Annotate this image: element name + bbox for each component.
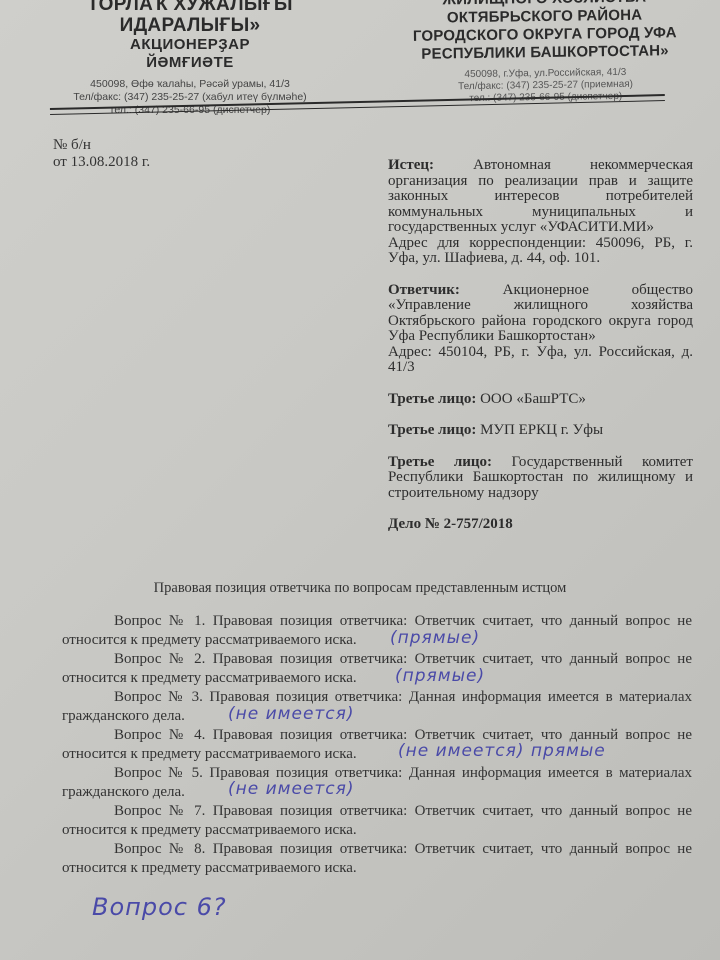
case-number: Дело № 2-757/2018 [388, 517, 693, 533]
third-party-label: Третье лицо: [388, 391, 476, 407]
org-address: 450098, Өфө ҡалаһы, Рәсәй урамы, 41/3 [40, 78, 340, 91]
third-party-name: МУП ЕРКЦ г. Уфы [480, 422, 603, 438]
third-party: Третье лицо: ООО «БашРТС» [388, 392, 693, 408]
handwritten-note-question-6: Вопрос 6? [92, 893, 227, 921]
question-item: Вопрос № 8. Правовая позиция ответчика: … [62, 840, 692, 878]
org-name-line: РЕСПУБЛИКИ БАШКОРТОСТАН» [395, 42, 695, 64]
defendant: Ответчик: Акционерное общество «Управлен… [388, 283, 693, 376]
plaintiff-name: Автономная некоммерческая организация по… [388, 157, 693, 235]
question-item: Вопрос № 5. Правовая позиция ответчика: … [62, 764, 692, 802]
question-item: Вопрос № 2. Правовая позиция ответчика: … [62, 650, 692, 688]
scanned-document-page: ТОРЛАҠ ХУЖАЛЫҒЫ ИДАРАЛЫҒЫ» АКЦИОНЕРҘАР Й… [0, 0, 720, 960]
third-party-label: Третье лицо: [388, 454, 492, 470]
parties-block: Истец: Автономная некоммерческая организ… [388, 158, 693, 533]
third-party-name: ООО «БашРТС» [480, 391, 586, 407]
org-name-line: ТОРЛАҠ ХУЖАЛЫҒЫ [40, 0, 340, 15]
third-party: Третье лицо: МУП ЕРКЦ г. Уфы [388, 423, 693, 439]
letterhead-russian: ЖИЛИЩНОГО ХОЗЯЙСТВА ОКТЯБРЬСКОГО РАЙОНА … [394, 0, 696, 106]
document-number: № б/н [53, 137, 150, 154]
handwritten-note-q3: (не имеется) [228, 704, 355, 724]
plaintiff-label: Истец: [388, 157, 434, 173]
section-title: Правовая позиция ответчика по вопросам п… [0, 580, 720, 597]
plaintiff: Истец: Автономная некоммерческая организ… [388, 158, 693, 267]
question-item: Вопрос № 7. Правовая позиция ответчика: … [62, 802, 692, 840]
third-party: Третье лицо: Государственный комитет Рес… [388, 455, 693, 502]
document-date: от 13.08.2018 г. [53, 154, 150, 171]
third-party-label: Третье лицо: [388, 422, 476, 438]
question-item: Вопрос № 1. Правовая позиция ответчика: … [62, 612, 692, 650]
plaintiff-address: Адрес для корреспонденции: 450096, РБ, г… [388, 236, 693, 267]
letterhead-bashkir: ТОРЛАҠ ХУЖАЛЫҒЫ ИДАРАЛЫҒЫ» АКЦИОНЕРҘАР Й… [40, 0, 340, 117]
document-reference: № б/н от 13.08.2018 г. [53, 137, 150, 171]
defendant-label: Ответчик: [388, 282, 460, 298]
defendant-address: Адрес: 450104, РБ, г. Уфа, ул. Российска… [388, 345, 693, 376]
org-type-line: АКЦИОНЕРҘАР [40, 36, 340, 54]
handwritten-note-q4: (не имеется) прямые [398, 741, 606, 761]
handwritten-note-q2: (прямые) [395, 666, 485, 686]
org-name-line: ИДАРАЛЫҒЫ» [40, 15, 340, 36]
handwritten-note-q5: (не имеется) [228, 779, 355, 799]
org-type-line: ЙӘМҒИӘТЕ [40, 54, 340, 72]
handwritten-note-q1: (прямые) [390, 628, 480, 648]
question-item: Вопрос № 3. Правовая позиция ответчика: … [62, 688, 692, 726]
